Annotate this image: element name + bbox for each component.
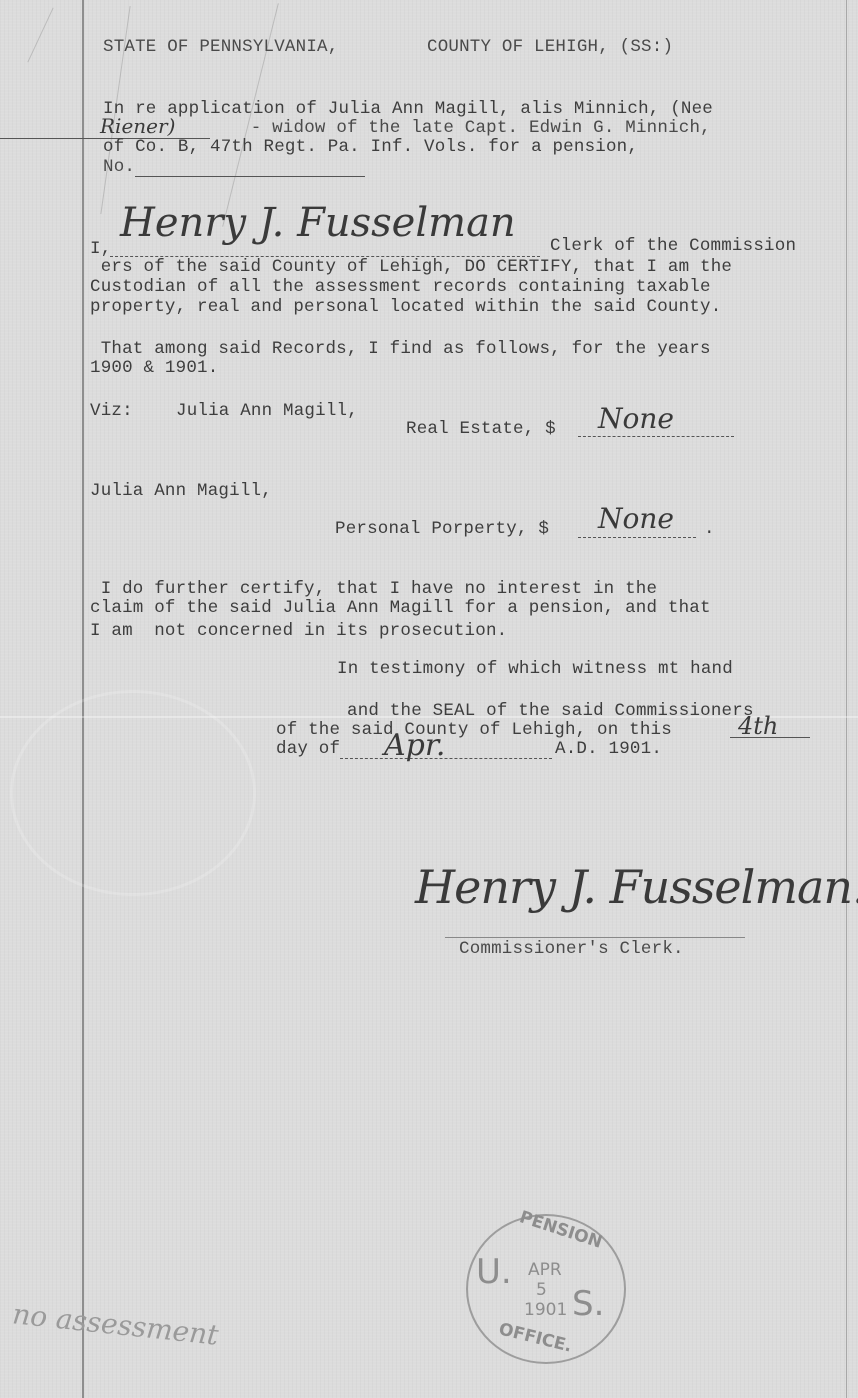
day-of-label: day of bbox=[276, 740, 340, 759]
entry-1-label: Real Estate, $ bbox=[406, 420, 556, 439]
right-margin-rule bbox=[846, 0, 847, 1398]
year-label: A.D. 1901. bbox=[555, 740, 662, 759]
county-heading: COUNTY OF LEHIGH, (SS:) bbox=[427, 38, 673, 57]
signature-line bbox=[445, 937, 745, 938]
further-line-3: I am not concerned in its prosecution. bbox=[90, 622, 507, 641]
stamp-right-text: S. bbox=[572, 1284, 604, 1324]
stamp-left-text: U. bbox=[476, 1252, 512, 1292]
testimony-line-1: In testimony of which witness mt hand bbox=[337, 660, 733, 679]
testimony-line-3: of the said County of Lehigh, on this bbox=[276, 721, 672, 740]
records-line-2: 1900 & 1901. bbox=[90, 359, 218, 378]
further-line-2: claim of the said Julia Ann Magill for a… bbox=[90, 599, 711, 618]
stamp-bottom-text: OFFICE. bbox=[497, 1319, 574, 1356]
application-line-3: of Co. B, 47th Regt. Pa. Inf. Vols. for … bbox=[103, 138, 638, 157]
day-value: 4th bbox=[738, 712, 778, 740]
pension-number-label: No. bbox=[103, 158, 135, 177]
month-line bbox=[340, 758, 552, 759]
margin-pencil-note: no assessment bbox=[11, 1297, 220, 1351]
stamp-day: 5 bbox=[536, 1280, 547, 1300]
entry-2-value: None bbox=[598, 502, 674, 535]
records-line-1: That among said Records, I find as follo… bbox=[90, 340, 711, 359]
day-line bbox=[730, 737, 810, 738]
signature-title: Commissioner's Clerk. bbox=[459, 940, 684, 959]
application-line-1: In re application of Julia Ann Magill, a… bbox=[103, 100, 713, 119]
viz-label: Viz: bbox=[90, 402, 133, 421]
stamp-year: 1901 bbox=[524, 1300, 567, 1320]
certify-line-2: ers of the said County of Lehigh, DO CER… bbox=[90, 258, 732, 277]
entry-2-name: Julia Ann Magill, bbox=[90, 482, 272, 501]
further-line-1: I do further certify, that I have no int… bbox=[90, 580, 657, 599]
entry-2-suffix: . bbox=[704, 520, 715, 539]
application-line-2: - widow of the late Capt. Edwin G. Minni… bbox=[240, 119, 711, 138]
certify-line-3: Custodian of all the assessment records … bbox=[90, 278, 711, 297]
clerk-signature: Henry J. Fusselman. bbox=[415, 860, 858, 914]
stamp-top-text: PENSION bbox=[517, 1207, 605, 1252]
entry-2-line bbox=[578, 537, 696, 538]
entry-1-name: Julia Ann Magill, bbox=[176, 402, 358, 421]
certify-line-1: Clerk of the Commission bbox=[550, 237, 796, 256]
entry-1-value: None bbox=[598, 402, 674, 435]
pencil-scribble bbox=[27, 8, 53, 63]
state-heading: STATE OF PENNSYLVANIA, bbox=[103, 38, 338, 57]
embossed-seal bbox=[10, 690, 256, 896]
stamp-month: APR bbox=[528, 1260, 562, 1280]
nee-handwritten: Riener) bbox=[100, 114, 175, 138]
testimony-line-2: and the SEAL of the said Commissioners bbox=[347, 702, 754, 721]
entry-2-label: Personal Porperty, $ bbox=[335, 520, 549, 539]
certify-line-4: property, real and personal located with… bbox=[90, 298, 721, 317]
pension-number-line bbox=[135, 176, 365, 177]
clerk-signature-inline: Henry J. Fusselman bbox=[120, 200, 516, 246]
pension-office-stamp: PENSION U. APR 5 1901 S. OFFICE. bbox=[466, 1214, 626, 1364]
entry-1-line bbox=[578, 436, 734, 437]
